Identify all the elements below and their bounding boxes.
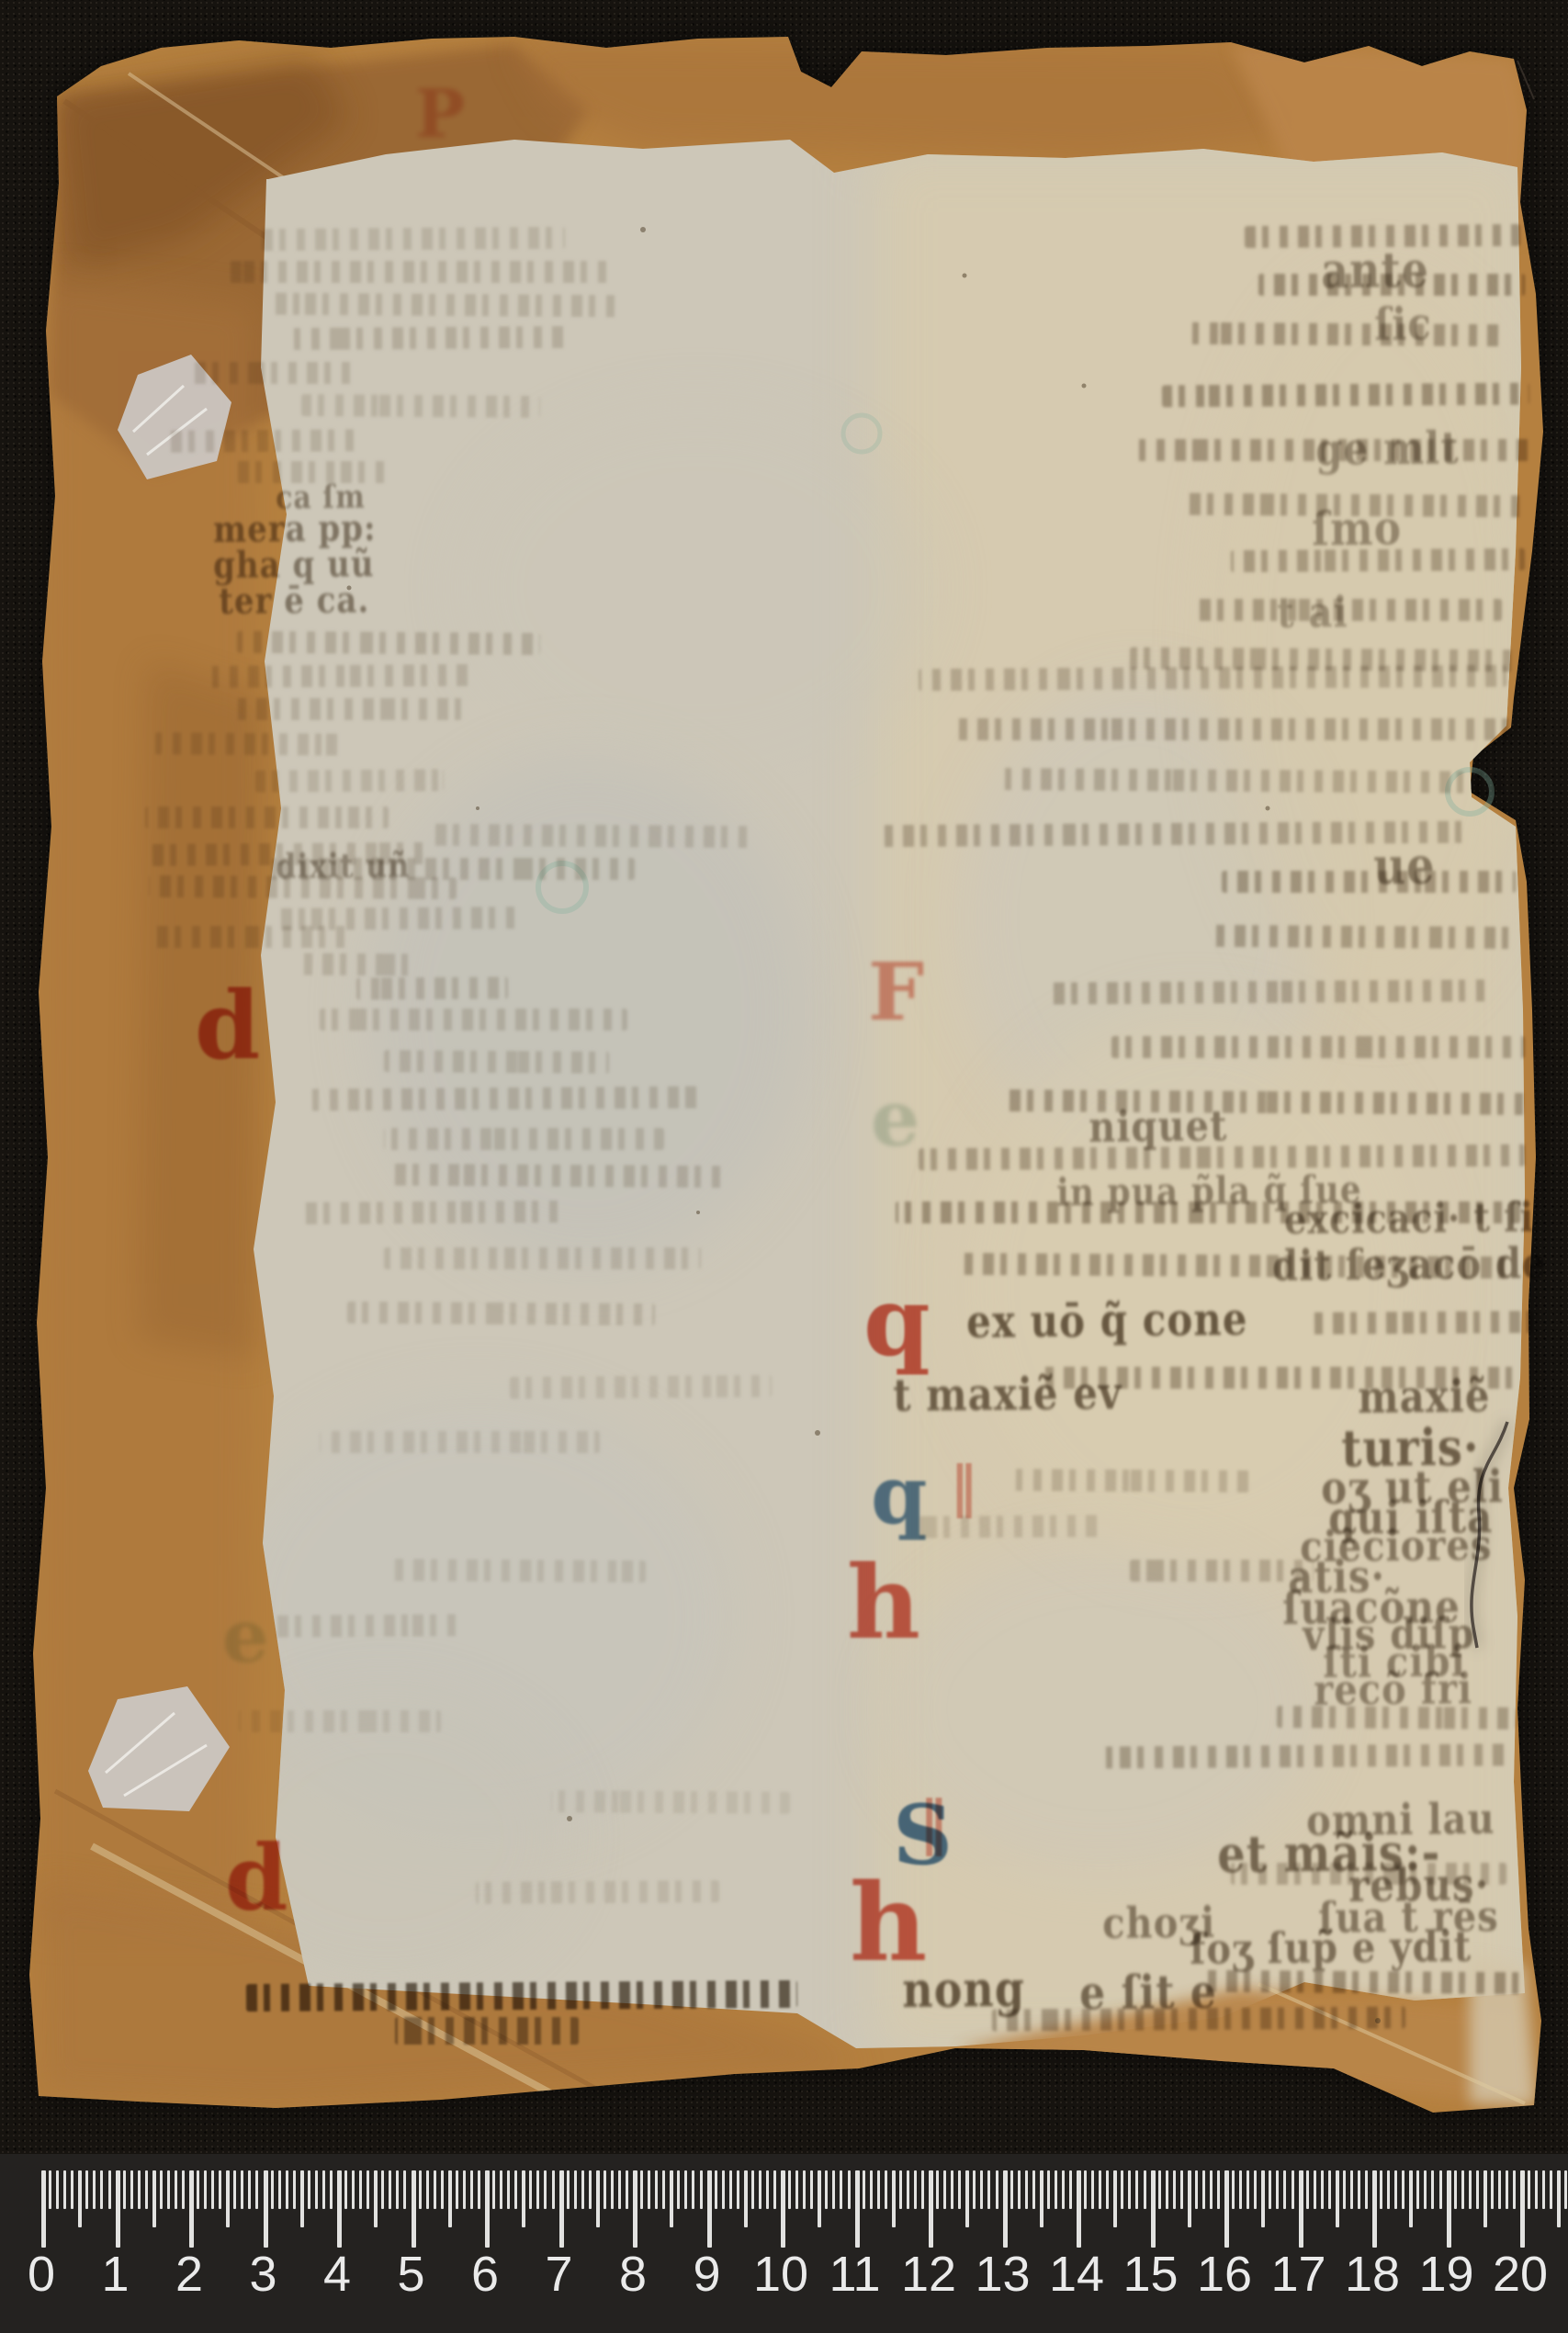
ruler-tick-mm — [1476, 2170, 1479, 2209]
ruler-tick-mm — [1387, 2170, 1390, 2209]
ruler-tick-mm — [322, 2170, 325, 2209]
ruler-tick-mm — [640, 2170, 643, 2209]
ruler-tick-mm — [729, 2170, 732, 2209]
ruler-tick-mm — [359, 2170, 362, 2209]
ruler-tick-mm — [1564, 2170, 1567, 2209]
ruler-number: 17 — [1270, 2249, 1325, 2299]
ruler-number: 12 — [901, 2249, 956, 2299]
ruler-tick-mm — [552, 2170, 555, 2209]
ruler-tick-mm — [1350, 2170, 1353, 2209]
ruler-tick-mm — [145, 2170, 148, 2209]
ruler-tick-mm — [211, 2170, 214, 2209]
ruler-tick-cm — [781, 2170, 785, 2248]
ruler-tick-mm — [536, 2170, 539, 2209]
ruler-tick-mm — [1113, 2170, 1117, 2227]
ruler-tick-mm — [1358, 2170, 1360, 2209]
ruler-tick-mm — [138, 2170, 141, 2209]
ruler-tick-mm — [160, 2170, 163, 2209]
ruler-tick-mm — [1513, 2170, 1516, 2209]
ruler-tick-mm — [965, 2170, 969, 2227]
ruler-tick-mm — [300, 2170, 304, 2227]
ruler-tick-mm — [936, 2170, 939, 2209]
ruler-tick-mm — [241, 2170, 243, 2209]
ruler-tick-mm — [1454, 2170, 1457, 2209]
ruler-tick-mm — [773, 2170, 776, 2209]
ruler-tick-mm — [943, 2170, 946, 2209]
ruler-number: 8 — [619, 2249, 647, 2299]
ruler-tick-mm — [123, 2170, 126, 2209]
ruler-number: 11 — [829, 2249, 880, 2299]
ruler-tick-mm — [604, 2170, 606, 2209]
ruler-tick-mm — [1557, 2170, 1561, 2227]
ruler-tick-mm — [308, 2170, 310, 2209]
ruler-tick-cm — [1372, 2170, 1377, 2248]
photo-stage: Damaged medieval manuscript parchment le… — [0, 0, 1568, 2333]
ruler-number: 9 — [693, 2249, 720, 2299]
ruler-tick-mm — [204, 2170, 207, 2209]
ruler-tick-mm — [233, 2170, 236, 2209]
ruler-tick-mm — [877, 2170, 880, 2209]
ruler-tick-cm — [337, 2170, 342, 2248]
ruler-tick-mm — [848, 2170, 851, 2209]
ruler-tick-mm — [684, 2170, 687, 2209]
ruler-tick-mm — [492, 2170, 495, 2209]
ruler-tick-mm — [507, 2170, 510, 2209]
ruler-tick-mm — [987, 2170, 990, 2209]
ruler-tick-mm — [1336, 2170, 1339, 2227]
ruler-tick-mm — [352, 2170, 355, 2209]
ruler-tick-mm — [529, 2170, 532, 2209]
ruler-tick-mm — [514, 2170, 517, 2209]
ruler-tick-mm — [958, 2170, 961, 2209]
ruler-tick-cm — [559, 2170, 564, 2248]
ruler-tick-mm — [737, 2170, 739, 2209]
ruler-tick-mm — [1091, 2170, 1094, 2209]
ruler-tick-mm — [1550, 2170, 1552, 2209]
ruler-tick-mm — [522, 2170, 525, 2227]
ruler-tick-mm — [1491, 2170, 1494, 2209]
ruler-tick-mm — [226, 2170, 230, 2227]
ruler-tick-mm — [1380, 2170, 1382, 2209]
ruler-tick-mm — [85, 2170, 88, 2209]
ruler-tick-cm — [707, 2170, 712, 2248]
ruler-tick-mm — [1328, 2170, 1331, 2209]
ruler-tick-mm — [863, 2170, 865, 2209]
ruler-tick-cm — [1299, 2170, 1303, 2248]
ruler-tick-mm — [500, 2170, 502, 2209]
ruler-tick-mm — [286, 2170, 288, 2209]
ruler-number: 19 — [1418, 2249, 1473, 2299]
ruler-tick-mm — [1010, 2170, 1013, 2209]
ruler-tick-mm — [1261, 2170, 1265, 2227]
ruler-tick-mm — [381, 2170, 384, 2209]
ruler-tick-mm — [1032, 2170, 1035, 2209]
ruler-tick-mm — [700, 2170, 703, 2209]
ruler-tick-cm — [1224, 2170, 1229, 2248]
ruler-number: 16 — [1197, 2249, 1252, 2299]
ruler-tick-mm — [980, 2170, 983, 2209]
ruler-number: 14 — [1049, 2249, 1104, 2299]
ruler-tick-mm — [1424, 2170, 1427, 2209]
ruler-tick-mm — [248, 2170, 251, 2209]
ruler-tick-mm — [182, 2170, 185, 2209]
ruler-tick-mm — [1343, 2170, 1346, 2209]
ruler-tick-mm — [130, 2170, 133, 2209]
ruler-tick-mm — [581, 2170, 584, 2209]
ruler-tick-mm — [470, 2170, 473, 2209]
ruler-tick-mm — [344, 2170, 347, 2209]
ruler-tick-mm — [1166, 2170, 1168, 2209]
ruler-tick-mm — [818, 2170, 821, 2227]
ruler-tick-mm — [456, 2170, 458, 2209]
ruler-tick-mm — [751, 2170, 754, 2209]
ruler-tick-cm — [116, 2170, 120, 2248]
leaf-artwork — [0, 0, 1568, 2333]
ruler-tick-mm — [662, 2170, 665, 2209]
ruler-tick-cm — [633, 2170, 637, 2248]
manuscript-leaf — [0, 0, 1568, 2333]
ruler-tick-mm — [1506, 2170, 1508, 2209]
ruler-tick-mm — [1461, 2170, 1464, 2209]
ruler-tick-mm — [1416, 2170, 1419, 2209]
ruler-tick-cm — [1447, 2170, 1451, 2248]
ruler-tick-mm — [655, 2170, 658, 2209]
ruler-tick-mm — [71, 2170, 73, 2209]
ruler-tick-mm — [921, 2170, 924, 2209]
ruler-tick-mm — [1394, 2170, 1397, 2209]
ruler-tick-mm — [1040, 2170, 1043, 2227]
ruler: 01234567891011121314151617181920 — [0, 2154, 1568, 2333]
ruler-tick-mm — [996, 2170, 998, 2209]
ruler-tick-mm — [914, 2170, 917, 2209]
ruler-tick-mm — [803, 2170, 806, 2209]
ruler-tick-cm — [485, 2170, 490, 2248]
ruler-tick-mm — [1528, 2170, 1530, 2209]
ruler-number: 13 — [975, 2249, 1030, 2299]
ruler-tick-mm — [403, 2170, 406, 2209]
ruler-tick-mm — [219, 2170, 221, 2209]
ruler-tick-mm — [167, 2170, 170, 2209]
ruler-tick-mm — [419, 2170, 422, 2209]
ruler-tick-mm — [722, 2170, 725, 2209]
ruler-tick-mm — [611, 2170, 614, 2209]
ruler-tick-cm — [189, 2170, 194, 2248]
ruler-tick-mm — [1535, 2170, 1538, 2209]
ruler-tick-mm — [1173, 2170, 1176, 2209]
ruler-tick-mm — [426, 2170, 429, 2209]
ruler-tick-mm — [1283, 2170, 1286, 2209]
ruler-tick-mm — [278, 2170, 281, 2209]
ruler-tick-mm — [49, 2170, 51, 2209]
ruler-tick-mm — [574, 2170, 577, 2209]
ruler-tick-mm — [766, 2170, 769, 2209]
ruler-tick-mm — [93, 2170, 96, 2209]
ruler-tick-mm — [1158, 2170, 1161, 2209]
ruler-tick-mm — [1047, 2170, 1050, 2209]
ruler-tick-mm — [1217, 2170, 1220, 2209]
ruler-tick-mm — [1135, 2170, 1138, 2209]
ruler-tick-mm — [1269, 2170, 1271, 2209]
ruler-tick-cm — [1520, 2170, 1525, 2248]
ruler-tick-mm — [1439, 2170, 1442, 2209]
ruler-tick-mm — [271, 2170, 274, 2209]
ruler-tick-mm — [1402, 2170, 1404, 2209]
ruler-number: 1 — [101, 2249, 129, 2299]
ruler-tick-mm — [396, 2170, 399, 2209]
ruler-tick-mm — [315, 2170, 318, 2209]
ruler-tick-mm — [648, 2170, 650, 2209]
ruler-tick-cm — [1151, 2170, 1156, 2248]
ruler-tick-cm — [855, 2170, 860, 2248]
ruler-number: 20 — [1493, 2249, 1548, 2299]
ruler-tick-cm — [929, 2170, 933, 2248]
ruler-tick-mm — [1365, 2170, 1368, 2209]
ruler-tick-mm — [567, 2170, 570, 2209]
ruler-tick-mm — [973, 2170, 976, 2209]
ruler-tick-cm — [1077, 2170, 1081, 2248]
ruler-tick-mm — [1469, 2170, 1472, 2209]
ruler-tick-mm — [1247, 2170, 1249, 2209]
ruler-tick-mm — [677, 2170, 680, 2209]
ruler-number: 0 — [28, 2249, 55, 2299]
ruler-number: 6 — [471, 2249, 499, 2299]
ruler-number: 10 — [753, 2249, 808, 2299]
ruler-tick-mm — [951, 2170, 953, 2209]
ruler-tick-mm — [1188, 2170, 1191, 2227]
ruler-tick-mm — [825, 2170, 828, 2209]
ruler-tick-mm — [1195, 2170, 1198, 2209]
ruler-tick-mm — [870, 2170, 873, 2209]
ruler-tick-mm — [448, 2170, 452, 2227]
ruler-tick-mm — [715, 2170, 717, 2209]
ruler-tick-cm — [41, 2170, 46, 2248]
ruler-number: 18 — [1345, 2249, 1400, 2299]
ruler-tick-mm — [1025, 2170, 1028, 2209]
ruler-tick-mm — [1321, 2170, 1324, 2209]
ruler-tick-mm — [670, 2170, 673, 2227]
ruler-tick-mm — [56, 2170, 59, 2209]
ruler-tick-mm — [1106, 2170, 1109, 2209]
ruler-tick-mm — [1084, 2170, 1087, 2209]
ruler-tick-mm — [907, 2170, 909, 2209]
ruler-tick-cm — [264, 2170, 268, 2248]
ruler-number: 7 — [545, 2249, 572, 2299]
ruler-tick-mm — [1276, 2170, 1279, 2209]
ruler-tick-mm — [1099, 2170, 1101, 2209]
ruler-tick-mm — [330, 2170, 333, 2209]
ruler-tick-mm — [885, 2170, 887, 2209]
ruler-tick-mm — [544, 2170, 547, 2209]
ruler-number: 3 — [249, 2249, 276, 2299]
ruler-tick-mm — [1069, 2170, 1072, 2209]
ruler-tick-mm — [1292, 2170, 1294, 2209]
ruler-tick-mm — [1306, 2170, 1309, 2209]
ruler-tick-mm — [100, 2170, 103, 2209]
ruler-number: 2 — [175, 2249, 203, 2299]
ruler-tick-mm — [626, 2170, 628, 2209]
ruler-tick-mm — [692, 2170, 694, 2209]
ruler-tick-mm — [434, 2170, 436, 2209]
ruler-tick-mm — [1483, 2170, 1487, 2227]
ruler-tick-mm — [1232, 2170, 1235, 2209]
ruler-tick-mm — [63, 2170, 66, 2209]
ruler-tick-mm — [1128, 2170, 1131, 2209]
ruler-tick-mm — [463, 2170, 466, 2209]
ruler-tick-mm — [788, 2170, 791, 2209]
ruler-tick-mm — [589, 2170, 592, 2209]
ruler-tick-mm — [293, 2170, 296, 2209]
ruler-tick-mm — [367, 2170, 369, 2209]
ruler-tick-mm — [744, 2170, 748, 2227]
ruler-tick-mm — [1542, 2170, 1545, 2209]
ruler-tick-mm — [1254, 2170, 1257, 2209]
ruler-tick-mm — [840, 2170, 842, 2209]
ruler-number: 5 — [397, 2249, 424, 2299]
ruler-tick-mm — [1314, 2170, 1316, 2209]
ruler-tick-mm — [832, 2170, 835, 2209]
ruler-tick-mm — [108, 2170, 111, 2209]
ruler-number: 15 — [1122, 2249, 1178, 2299]
ruler-tick-mm — [1498, 2170, 1501, 2209]
ruler-tick-mm — [78, 2170, 82, 2227]
ruler-tick-mm — [152, 2170, 156, 2227]
ruler-tick-mm — [618, 2170, 621, 2209]
ruler-number: 4 — [323, 2249, 351, 2299]
ruler-tick-mm — [1121, 2170, 1123, 2209]
ruler-tick-mm — [596, 2170, 600, 2227]
ruler-tick-mm — [197, 2170, 199, 2209]
ruler-tick-mm — [810, 2170, 813, 2209]
ruler-tick-mm — [175, 2170, 177, 2209]
ruler-tick-mm — [892, 2170, 896, 2227]
ruler-tick-mm — [899, 2170, 902, 2209]
ruler-tick-cm — [1003, 2170, 1008, 2248]
ruler-tick-mm — [1239, 2170, 1242, 2209]
ruler-tick-mm — [441, 2170, 444, 2209]
ruler-tick-mm — [1431, 2170, 1434, 2209]
ruler-tick-mm — [255, 2170, 258, 2209]
ruler-tick-mm — [795, 2170, 798, 2209]
ruler-tick-mm — [1062, 2170, 1065, 2209]
ruler-tick-mm — [1202, 2170, 1205, 2209]
ruler-tick-mm — [389, 2170, 391, 2209]
ruler-tick-mm — [1180, 2170, 1183, 2209]
ruler-tick-mm — [478, 2170, 480, 2209]
ruler-tick-cm — [412, 2170, 416, 2248]
ruler-tick-mm — [374, 2170, 378, 2227]
ruler-tick-mm — [1210, 2170, 1213, 2209]
ruler-tick-mm — [1409, 2170, 1413, 2227]
ruler-tick-mm — [1144, 2170, 1146, 2209]
ruler-tick-mm — [759, 2170, 761, 2209]
ruler-tick-mm — [1018, 2170, 1021, 2209]
ruler-tick-mm — [1055, 2170, 1057, 2209]
